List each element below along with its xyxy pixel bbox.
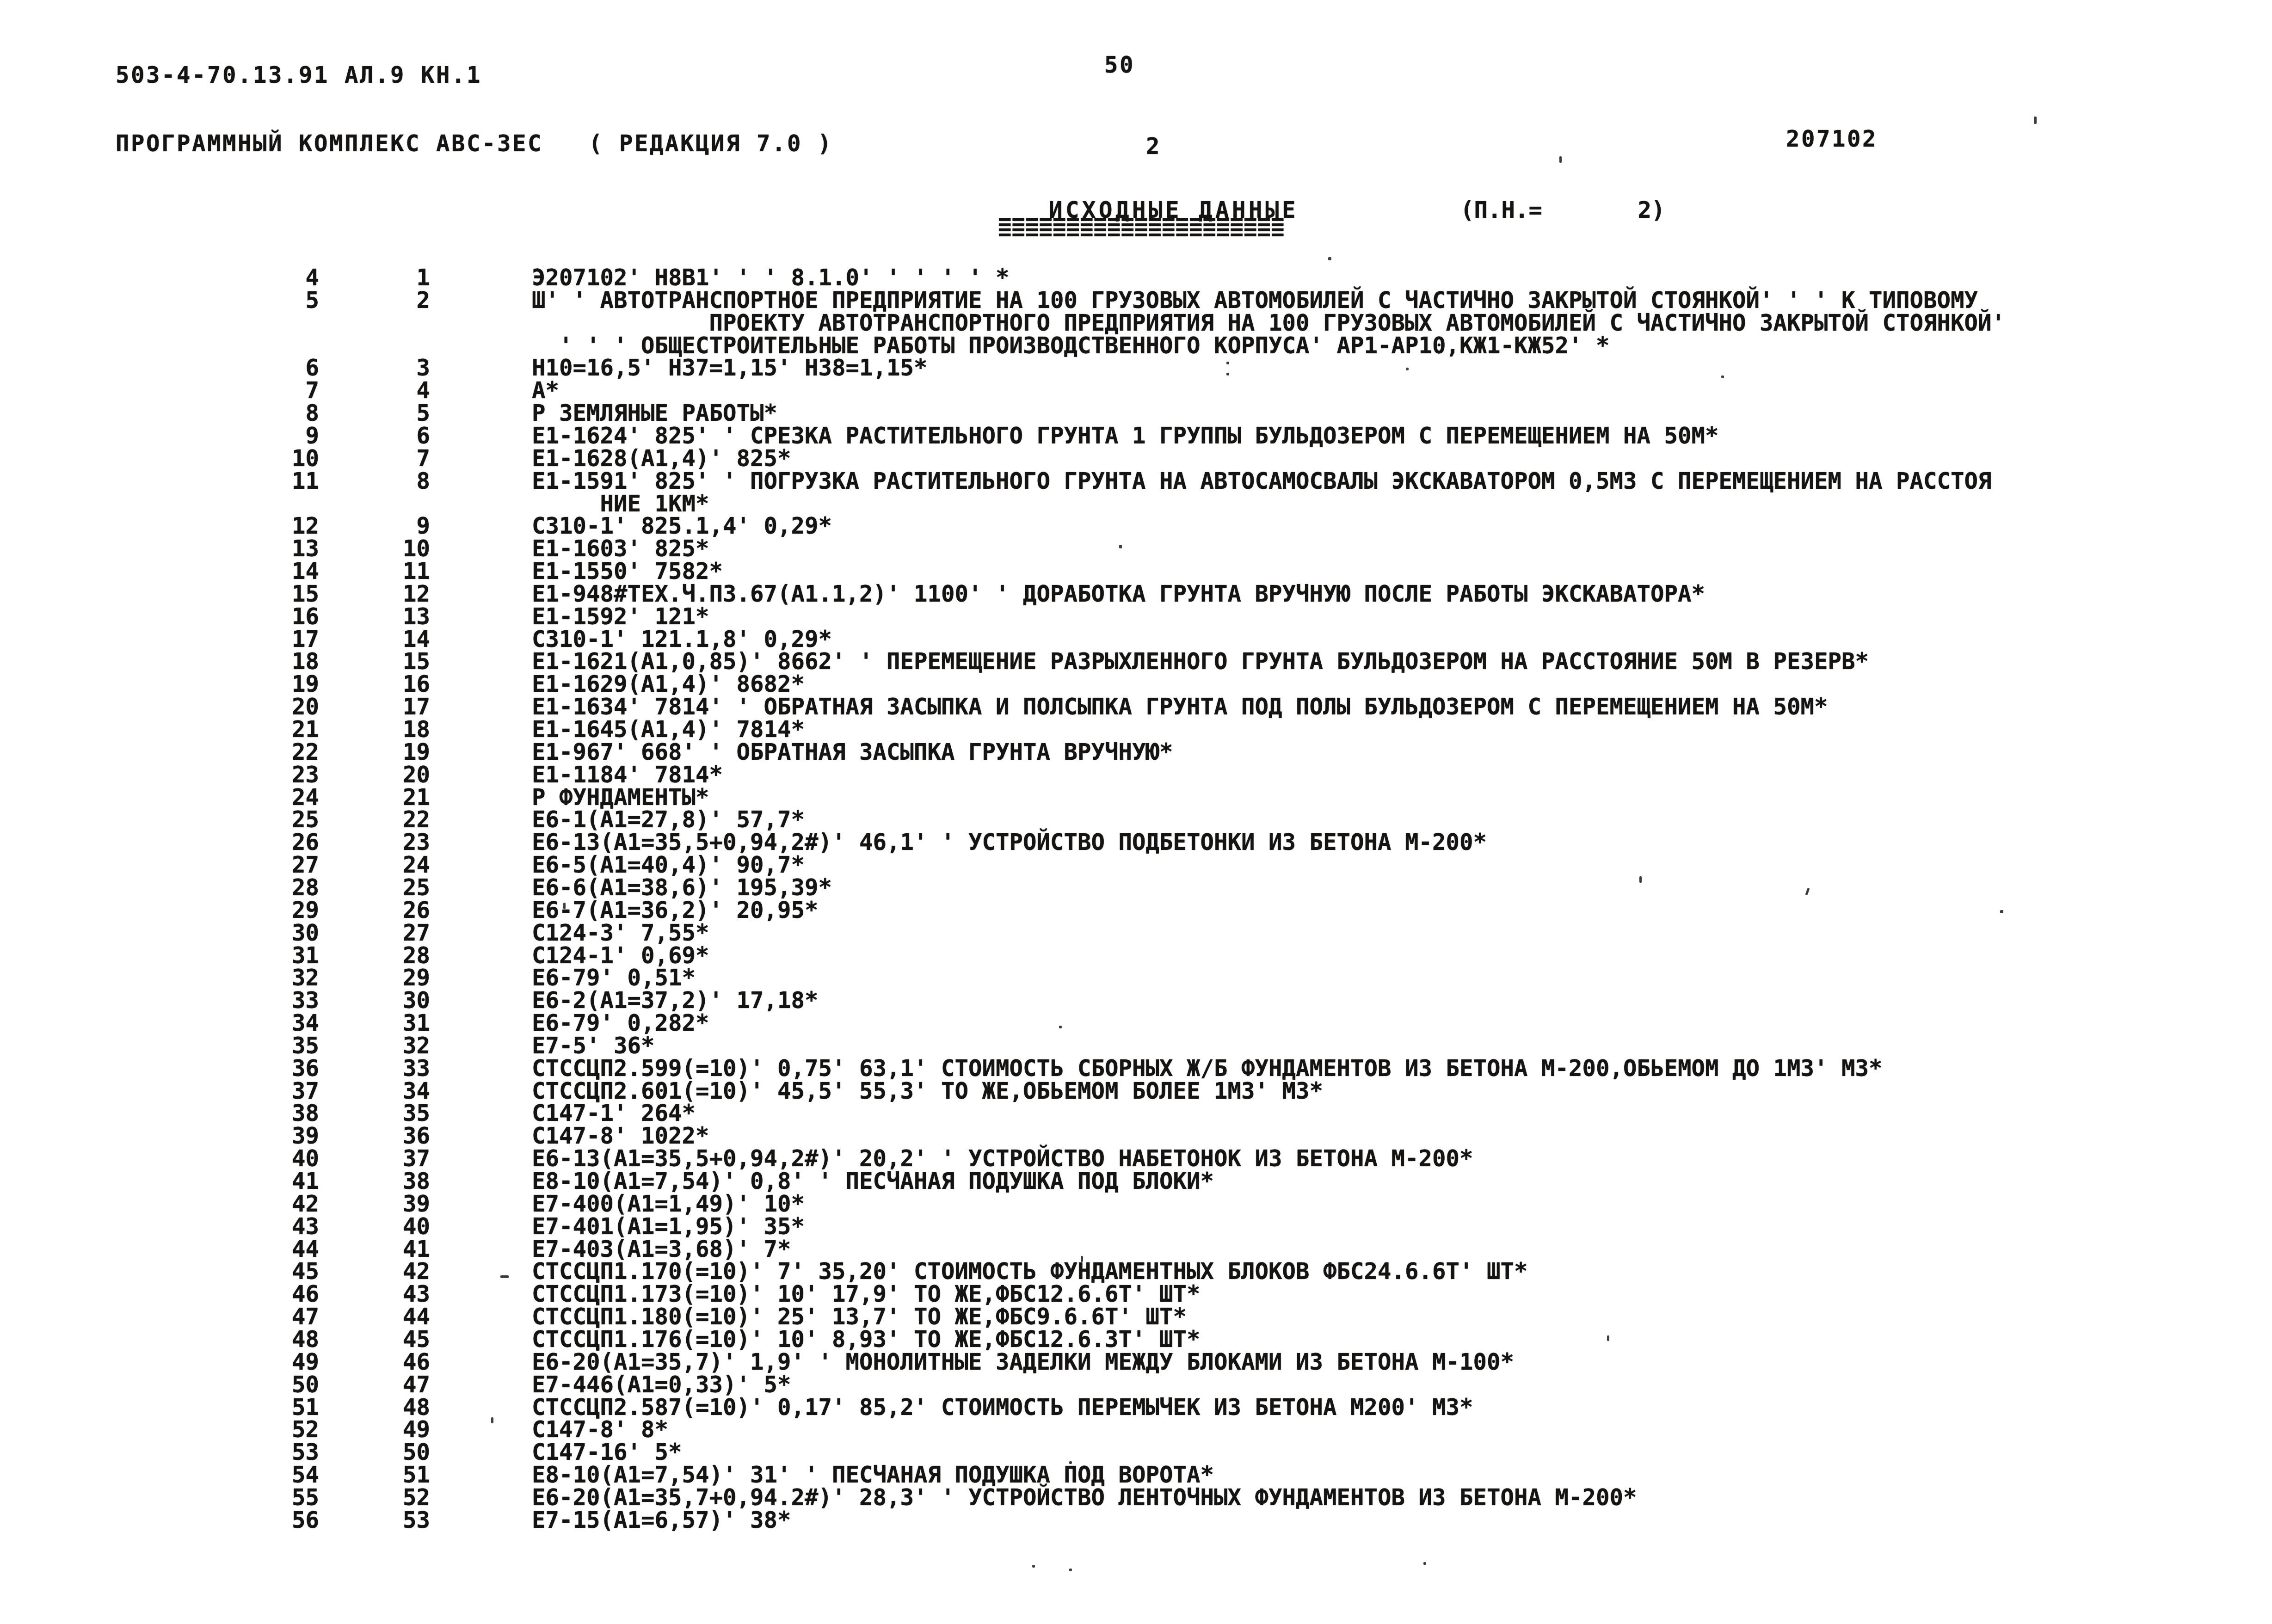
- line-number-outer: 26: [277, 831, 319, 854]
- line-number-outer: 27: [277, 854, 319, 876]
- line-number-inner: 34: [388, 1080, 430, 1102]
- statement-text: Е1-1628(А1,4)' 825*: [532, 447, 791, 470]
- scan-speck: [1059, 1026, 1062, 1028]
- statement-text: ' ' ' ОБЩЕСТРОИТЕЛЬНЫЕ РАБОТЫ ПРОИЗВОДСТ…: [532, 334, 1610, 357]
- line-number-outer: 35: [277, 1034, 319, 1057]
- statement-text: Р ФУНДАМЕНТЫ*: [532, 786, 709, 809]
- line-number-outer: 31: [277, 944, 319, 967]
- statement-text: Е6-20(А1=35,7+0,94.2#)' 28,3' ' УСТРОЙСТ…: [532, 1486, 1637, 1509]
- line-number-outer: 22: [277, 741, 319, 763]
- listing-row: 4744СТССЦП1.180(=10)' 25' 13,7' ТО ЖЕ,ФБ…: [0, 1305, 2272, 1328]
- line-number-outer: 49: [277, 1351, 319, 1373]
- line-number-inner: 43: [388, 1283, 430, 1305]
- line-number-outer: 10: [277, 447, 319, 470]
- line-number-outer: 36: [277, 1057, 319, 1080]
- statement-text: С124-3' 7,55*: [532, 922, 709, 944]
- line-number-inner: 33: [388, 1057, 430, 1080]
- line-number-outer: 42: [277, 1193, 319, 1215]
- line-number-inner: 30: [388, 989, 430, 1012]
- listing-row: 4643СТССЦП1.173(=10)' 10' 17,9' ТО ЖЕ,ФБ…: [0, 1283, 2272, 1305]
- line-number-inner: 48: [388, 1396, 430, 1419]
- statement-text: Е1-1591' 825' ' ПОГРУЗКА РАСТИТЕЛЬНОГО Г…: [532, 470, 1992, 492]
- statement-text: Е1-1184' 7814*: [532, 763, 723, 786]
- statement-text: С310-1' 121.1,8' 0,29*: [532, 628, 832, 651]
- program-header: ПРОГРАММНЫЙ КОМПЛЕКС АВС-3ЕС ( РЕДАКЦИЯ …: [116, 132, 833, 155]
- scanned-page: 503-4-70.13.91 АЛ.9 КН.1 50 ПРОГРАММНЫЙ …: [0, 0, 2272, 1624]
- listing-row: 4340Е7-401(А1=1,95)' 35*: [0, 1215, 2272, 1238]
- line-number-outer: 17: [277, 628, 319, 651]
- line-number-inner: 14: [388, 628, 430, 651]
- sheet-number: 50: [1104, 54, 1135, 76]
- listing-row: 5350С147-16' 5*: [0, 1441, 2272, 1464]
- listing-row: 4239Е7-400(А1=1,49)' 10*: [0, 1193, 2272, 1215]
- statement-text: Е7-15(А1=6,57)' 38*: [532, 1509, 791, 1532]
- statement-text: Е8-10(А1=7,54)' 31' ' ПЕСЧАНАЯ ПОДУШКА П…: [532, 1464, 1214, 1486]
- line-number-outer: 7: [277, 379, 319, 402]
- line-number-inner: 12: [388, 583, 430, 605]
- scan-speck: [1226, 362, 1229, 364]
- line-number-inner: 13: [388, 605, 430, 628]
- line-number-inner: 26: [388, 899, 430, 922]
- statement-text: С124-1' 0,69*: [532, 944, 709, 967]
- listing-row: 2825Е6-6(А1=38,6)' 195,39*: [0, 876, 2272, 899]
- page-number: 2: [1146, 135, 1160, 158]
- line-number-inner: 19: [388, 741, 430, 763]
- statement-text: Е6-13(А1=35,5+0,94,2#)' 46,1' ' УСТРОЙСТ…: [532, 831, 1487, 854]
- scan-speck: [563, 903, 566, 909]
- statement-text: СТССЦП1.170(=10)' 7' 35,20' СТОИМОСТЬ ФУ…: [532, 1260, 1528, 1283]
- listing-row: 2926Е6-7(А1=36,2)' 20,95*: [0, 899, 2272, 922]
- line-number-inner: 29: [388, 966, 430, 989]
- line-number-inner: 22: [388, 808, 430, 831]
- line-number-outer: 53: [277, 1441, 319, 1464]
- statement-text: СТССЦП2.599(=10)' 0,75' 63,1' СТОИМОСТЬ …: [532, 1057, 1883, 1080]
- listing-row: 3835С147-1' 264*: [0, 1102, 2272, 1125]
- line-number-outer: 15: [277, 583, 319, 605]
- object-code: 207102: [1786, 128, 1878, 150]
- listing-row: 4542СТССЦП1.170(=10)' 7' 35,20' СТОИМОСТ…: [0, 1260, 2272, 1283]
- listing-row: 4138Е8-10(А1=7,54)' 0,8' ' ПЕСЧАНАЯ ПОДУ…: [0, 1170, 2272, 1193]
- scan-speck: [1607, 1335, 1609, 1341]
- line-number-inner: 42: [388, 1260, 430, 1283]
- listing-row: 2320Е1-1184' 7814*: [0, 763, 2272, 786]
- line-number-outer: 47: [277, 1305, 319, 1328]
- statement-text: Е1-1629(А1,4)' 8682*: [532, 673, 805, 695]
- line-number-outer: 38: [277, 1102, 319, 1125]
- statement-text: С310-1' 825.1,4' 0,29*: [532, 515, 832, 537]
- listing-row: 2522Е6-1(А1=27,8)' 57,7*: [0, 808, 2272, 831]
- line-number-inner: 31: [388, 1012, 430, 1034]
- line-number-outer: 18: [277, 650, 319, 673]
- listing-row: 3330Е6-2(А1=37,2)' 17,18*: [0, 989, 2272, 1012]
- line-number-outer: 33: [277, 989, 319, 1012]
- listing-row: 5552Е6-20(А1=35,7+0,94.2#)' 28,3' ' УСТР…: [0, 1486, 2272, 1509]
- line-number-inner: 10: [388, 537, 430, 560]
- line-number-outer: 41: [277, 1170, 319, 1193]
- line-number-inner: 51: [388, 1464, 430, 1486]
- line-number-outer: 39: [277, 1125, 319, 1147]
- scan-speck: [1178, 314, 1181, 321]
- scan-speck: [2000, 910, 2003, 913]
- line-number-inner: 27: [388, 922, 430, 944]
- line-number-inner: 5: [388, 402, 430, 424]
- listing-row: 5451Е8-10(А1=7,54)' 31' ' ПЕСЧАНАЯ ПОДУШ…: [0, 1464, 2272, 1486]
- line-number-inner: 16: [388, 673, 430, 695]
- line-number-inner: 6: [388, 424, 430, 447]
- statement-text: Е1-1621(А1,0,85)' 8662' ' ПЕРЕМЕЩЕНИЕ РА…: [532, 650, 1869, 673]
- line-number-outer: 40: [277, 1147, 319, 1170]
- line-number-outer: 32: [277, 966, 319, 989]
- line-number-inner: 2: [388, 289, 430, 312]
- line-number-inner: 7: [388, 447, 430, 470]
- line-number-inner: 28: [388, 944, 430, 967]
- line-number-inner: 50: [388, 1441, 430, 1464]
- statement-text: Е1-1634' 7814' ' ОБРАТНАЯ ЗАСЫПКА И ПОЛС…: [532, 695, 1828, 718]
- statement-text: Е6-6(А1=38,6)' 195,39*: [532, 876, 832, 899]
- listing-row: 3936С147-8' 1022*: [0, 1125, 2272, 1147]
- listing-row: 1714С310-1' 121.1,8' 0,29*: [0, 628, 2272, 651]
- statement-text: СТССЦП1.180(=10)' 25' 13,7' ТО ЖЕ,ФБС9.6…: [532, 1305, 1187, 1328]
- line-number-inner: 44: [388, 1305, 430, 1328]
- scan-speck: [1119, 545, 1122, 548]
- line-number-outer: 46: [277, 1283, 319, 1305]
- line-number-inner: 9: [388, 515, 430, 537]
- listing-row: 85Р ЗЕМЛЯНЫЕ РАБОТЫ*: [0, 402, 2272, 424]
- listing-row: 129С310-1' 825.1,4' 0,29*: [0, 515, 2272, 537]
- line-number-outer: 51: [277, 1396, 319, 1419]
- line-number-outer: 25: [277, 808, 319, 831]
- statement-text: Е6-2(А1=37,2)' 17,18*: [532, 989, 819, 1012]
- scan-speck: [1032, 1565, 1035, 1568]
- line-number-inner: 3: [388, 357, 430, 379]
- listing-row: ПРОЕКТУ АВТОТРАНСПОРТНОГО ПРЕДПРИЯТИЯ НА…: [0, 312, 2272, 334]
- statement-text: Е1-967' 668' ' ОБРАТНАЯ ЗАСЫПКА ГРУНТА В…: [532, 741, 1173, 763]
- line-number-outer: 12: [277, 515, 319, 537]
- line-number-outer: 43: [277, 1215, 319, 1238]
- statement-text: Е7-400(А1=1,49)' 10*: [532, 1193, 805, 1215]
- statement-text: Е6-79' 0,282*: [532, 1012, 709, 1034]
- listing-row: ' ' ' ОБЩЕСТРОИТЕЛЬНЫЕ РАБОТЫ ПРОИЗВОДСТ…: [0, 334, 2272, 357]
- listing-row: 4946Е6-20(А1=35,7)' 1,9' ' МОНОЛИТНЫЕ ЗА…: [0, 1351, 2272, 1373]
- statement-text: Е8-10(А1=7,54)' 0,8' ' ПЕСЧАНАЯ ПОДУШКА …: [532, 1170, 1214, 1193]
- line-number-inner: 52: [388, 1486, 430, 1509]
- statement-text: СТССЦП1.173(=10)' 10' 17,9' ТО ЖЕ,ФБС12.…: [532, 1283, 1201, 1305]
- statement-text: С147-8' 8*: [532, 1418, 668, 1441]
- statement-text: Е1-1645(А1,4)' 7814*: [532, 718, 805, 741]
- statement-text: Н10=16,5' Н37=1,15' Н38=1,15*: [532, 357, 928, 379]
- line-number-inner: 36: [388, 1125, 430, 1147]
- listing-row: 2219Е1-967' 668' ' ОБРАТНАЯ ЗАСЫПКА ГРУН…: [0, 741, 2272, 763]
- scan-speck: [1081, 1256, 1083, 1262]
- line-number-outer: 23: [277, 763, 319, 786]
- line-number-outer: 24: [277, 786, 319, 809]
- scan-speck: [1423, 1562, 1426, 1565]
- statement-text: Е6-7(А1=36,2)' 20,95*: [532, 899, 819, 922]
- listing-row: 41Э207102' Н8В1' ' ' 8.1.0' ' ' ' ' *: [0, 266, 2272, 289]
- line-number-inner: 32: [388, 1034, 430, 1057]
- line-number-inner: 41: [388, 1238, 430, 1261]
- listing-row: 3431Е6-79' 0,282*: [0, 1012, 2272, 1034]
- listing-row: 1411Е1-1550' 7582*: [0, 560, 2272, 583]
- statement-text: Ш' ' АВТОТРАНСПОРТНОЕ ПРЕДПРИЯТИЕ НА 100…: [532, 289, 1978, 312]
- listing-row: 1512Е1-948#ТЕХ.Ч.ПЗ.67(А1.1,2)' 1100' ' …: [0, 583, 2272, 605]
- line-number-outer: 48: [277, 1328, 319, 1351]
- line-number-inner: 45: [388, 1328, 430, 1351]
- line-number-inner: 38: [388, 1170, 430, 1193]
- scan-speck: [2034, 117, 2037, 124]
- line-number-inner: 8: [388, 470, 430, 492]
- statement-text: Р ЗЕМЛЯНЫЕ РАБОТЫ*: [532, 402, 777, 424]
- listing-row: 2118Е1-1645(А1,4)' 7814*: [0, 718, 2272, 741]
- statement-text: Е1-1624' 825' ' СРЕЗКА РАСТИТЕЛЬНОГО ГРУ…: [532, 424, 1719, 447]
- listing-row: 52Ш' ' АВТОТРАНСПОРТНОЕ ПРЕДПРИЯТИЕ НА 1…: [0, 289, 2272, 312]
- statement-text: СТССЦП1.176(=10)' 10' 8,93' ТО ЖЕ,ФБС12.…: [532, 1328, 1201, 1351]
- line-number-outer: 11: [277, 470, 319, 492]
- line-number-inner: 11: [388, 560, 430, 583]
- line-number-outer: 50: [277, 1373, 319, 1396]
- scan-speck: [1639, 876, 1642, 883]
- statement-text: Е7-5' 36*: [532, 1034, 655, 1057]
- line-number-outer: 5: [277, 289, 319, 312]
- line-number-inner: 18: [388, 718, 430, 741]
- line-number-outer: 14: [277, 560, 319, 583]
- scan-speck: [500, 1275, 509, 1278]
- statement-text: Е1-1592' 121*: [532, 605, 709, 628]
- line-number-outer: 30: [277, 922, 319, 944]
- listing-row: 1815Е1-1621(А1,0,85)' 8662' ' ПЕРЕМЕЩЕНИ…: [0, 650, 2272, 673]
- scan-speck: [1721, 375, 1724, 378]
- line-number-inner: 53: [388, 1509, 430, 1532]
- line-number-inner: 23: [388, 831, 430, 854]
- line-number-outer: 8: [277, 402, 319, 424]
- statement-text: СТССЦП2.601(=10)' 45,5' 55,3' ТО ЖЕ,ОБЬЕ…: [532, 1080, 1323, 1102]
- listing-row: 1613Е1-1592' 121*: [0, 605, 2272, 628]
- listing-row: 107Е1-1628(А1,4)' 825*: [0, 447, 2272, 470]
- line-number-inner: 20: [388, 763, 430, 786]
- listing-row: 2724Е6-5(А1=40,4)' 90,7*: [0, 854, 2272, 876]
- line-number-inner: 46: [388, 1351, 430, 1373]
- scan-speck: [1069, 1461, 1072, 1464]
- scan-speck: [1226, 373, 1229, 375]
- line-number-outer: 56: [277, 1509, 319, 1532]
- line-number-outer: 55: [277, 1486, 319, 1509]
- listing-row: 4441Е7-403(А1=3,68)' 7*: [0, 1238, 2272, 1261]
- statement-text: ПРОЕКТУ АВТОТРАНСПОРТНОГО ПРЕДПРИЯТИЯ НА…: [532, 312, 2005, 334]
- listing-row: 118Е1-1591' 825' ' ПОГРУЗКА РАСТИТЕЛЬНОГ…: [0, 470, 2272, 492]
- statement-text: С147-1' 264*: [532, 1102, 696, 1125]
- line-number-inner: 21: [388, 786, 430, 809]
- line-number-outer: 9: [277, 424, 319, 447]
- listing-row: 96Е1-1624' 825' ' СРЕЗКА РАСТИТЕЛЬНОГО Г…: [0, 424, 2272, 447]
- listing-row: 4037Е6-13(А1=35,5+0,94,2#)' 20,2' ' УСТР…: [0, 1147, 2272, 1170]
- line-number-outer: 6: [277, 357, 319, 379]
- line-number-outer: 21: [277, 718, 319, 741]
- listing-row: НИЕ 1КМ*: [0, 492, 2272, 515]
- line-number-inner: 17: [388, 695, 430, 718]
- line-number-outer: 19: [277, 673, 319, 695]
- line-number-outer: 28: [277, 876, 319, 899]
- line-number-inner: 4: [388, 379, 430, 402]
- scan-speck: [1406, 368, 1409, 370]
- listing-row: 2623Е6-13(А1=35,5+0,94,2#)' 46,1' ' УСТР…: [0, 831, 2272, 854]
- scan-speck: [1328, 257, 1331, 260]
- listing-row: 2017Е1-1634' 7814' ' ОБРАТНАЯ ЗАСЫПКА И …: [0, 695, 2272, 718]
- statement-text: А*: [532, 379, 559, 402]
- line-number-inner: 1: [388, 266, 430, 289]
- document-code: 503-4-70.13.91 АЛ.9 КН.1: [116, 64, 482, 86]
- scan-speck: [1069, 1569, 1072, 1571]
- line-number-inner: 15: [388, 650, 430, 673]
- statement-text: СТССЦП2.587(=10)' 0,17' 85,2' СТОИМОСТЬ …: [532, 1396, 1473, 1419]
- line-number-outer: 20: [277, 695, 319, 718]
- line-number-inner: 47: [388, 1373, 430, 1396]
- line-number-outer: 44: [277, 1238, 319, 1261]
- line-number-inner: 35: [388, 1102, 430, 1125]
- line-number-outer: 45: [277, 1260, 319, 1283]
- line-number-inner: 37: [388, 1147, 430, 1170]
- listing-row: 74А*: [0, 379, 2272, 402]
- line-number-outer: 4: [277, 266, 319, 289]
- statement-text: Е7-401(А1=1,95)' 35*: [532, 1215, 805, 1238]
- line-number-inner: 39: [388, 1193, 430, 1215]
- listing-row: 3229Е6-79' 0,51*: [0, 966, 2272, 989]
- title-underline-overstrike: =====================: [998, 221, 1285, 243]
- listing-row: 5653Е7-15(А1=6,57)' 38*: [0, 1509, 2272, 1532]
- listing-row: 63Н10=16,5' Н37=1,15' Н38=1,15*: [0, 357, 2272, 379]
- listing-row: 2421Р ФУНДАМЕНТЫ*: [0, 786, 2272, 809]
- line-number-inner: 25: [388, 876, 430, 899]
- statement-text: Е6-13(А1=35,5+0,94,2#)' 20,2' ' УСТРОЙСТ…: [532, 1147, 1473, 1170]
- line-number-outer: 34: [277, 1012, 319, 1034]
- statement-text: Е6-20(А1=35,7)' 1,9' ' МОНОЛИТНЫЕ ЗАДЕЛК…: [532, 1351, 1514, 1373]
- statement-text: Е1-948#ТЕХ.Ч.ПЗ.67(А1.1,2)' 1100' ' ДОРА…: [532, 583, 1705, 605]
- statement-text: Е6-79' 0,51*: [532, 966, 696, 989]
- statement-text: С147-8' 1022*: [532, 1125, 709, 1147]
- statement-text: Е6-5(А1=40,4)' 90,7*: [532, 854, 805, 876]
- listing-row: 5148СТССЦП2.587(=10)' 0,17' 85,2' СТОИМО…: [0, 1396, 2272, 1419]
- statement-text: Э207102' Н8В1' ' ' 8.1.0' ' ' ' ' *: [532, 266, 1010, 289]
- statement-text: НИЕ 1КМ*: [532, 492, 709, 515]
- line-number-outer: 29: [277, 899, 319, 922]
- statement-text: Е6-1(А1=27,8)' 57,7*: [532, 808, 805, 831]
- scan-speck: [491, 1417, 493, 1423]
- listing-row: 3734СТССЦП2.601(=10)' 45,5' 55,3' ТО ЖЕ,…: [0, 1080, 2272, 1102]
- line-number-outer: 16: [277, 605, 319, 628]
- line-number-outer: 13: [277, 537, 319, 560]
- line-number-inner: 24: [388, 854, 430, 876]
- listing-row: 5047Е7-446(А1=0,33)' 5*: [0, 1373, 2272, 1396]
- line-number-outer: 54: [277, 1464, 319, 1486]
- listing-row: 3633СТССЦП2.599(=10)' 0,75' 63,1' СТОИМО…: [0, 1057, 2272, 1080]
- listing-row: 3532Е7-5' 36*: [0, 1034, 2272, 1057]
- line-number-inner: 49: [388, 1418, 430, 1441]
- listing-row: 1310Е1-1603' 825*: [0, 537, 2272, 560]
- statement-text: Е7-446(А1=0,33)' 5*: [532, 1373, 791, 1396]
- statement-text: Е1-1550' 7582*: [532, 560, 723, 583]
- line-number-outer: 52: [277, 1418, 319, 1441]
- pn-parameter: (П.Н.= 2): [1460, 199, 1665, 221]
- listing-row: 3027С124-3' 7,55*: [0, 922, 2272, 944]
- line-number-outer: 37: [277, 1080, 319, 1102]
- scan-speck: [1559, 156, 1562, 163]
- listing-row: 4845СТССЦП1.176(=10)' 10' 8,93' ТО ЖЕ,ФБ…: [0, 1328, 2272, 1351]
- statement-text: Е1-1603' 825*: [532, 537, 709, 560]
- statement-text: Е7-403(А1=3,68)' 7*: [532, 1238, 791, 1261]
- statement-text: С147-16' 5*: [532, 1441, 682, 1464]
- line-number-inner: 40: [388, 1215, 430, 1238]
- listing-row: 3128С124-1' 0,69*: [0, 944, 2272, 967]
- listing-row: 1916Е1-1629(А1,4)' 8682*: [0, 673, 2272, 695]
- listing-row: 5249С147-8' 8*: [0, 1418, 2272, 1441]
